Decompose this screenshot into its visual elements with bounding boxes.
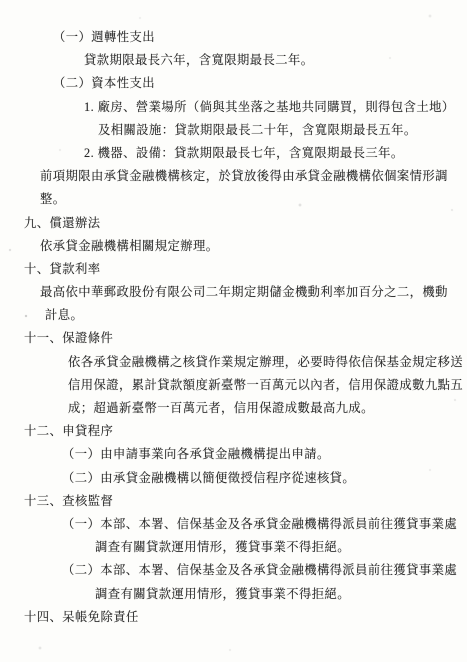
document-line: （二）本部、本署、信保基金及各承貸金融機構得派員前往獲貸事業處 xyxy=(0,559,467,582)
document-line: 依各承貸金融機構之核貸作業規定辦理，必要時得依信保基金規定移送 xyxy=(0,351,467,374)
scanned-document-page: （一）週轉性支出 貸款期限最長六年，含寬限期最長二年。 （二）資本性支出 1. … xyxy=(0,0,467,662)
document-line-clause-11: 十一、保證條件 xyxy=(0,327,467,350)
document-line: （二）由承貸金融機構以簡便徵授信程序從速核貸。 xyxy=(0,467,467,490)
document-line-clause-9: 九、償還辦法 xyxy=(0,212,467,235)
document-line-clause-13: 十三、查核監督 xyxy=(0,490,467,513)
document-line: 整。 xyxy=(0,188,467,211)
document-line: 2. 機器、設備：貸款期限最長七年，含寬限期最長三年。 xyxy=(0,142,467,165)
document-line: 成；超過新臺幣一百萬元者，信用保證成數最高九成。 xyxy=(0,397,467,420)
document-line: （一）週轉性支出 xyxy=(0,26,467,49)
document-line-clause-14: 十四、呆帳免除責任 xyxy=(0,606,467,629)
document-line-clause-12: 十二、申貸程序 xyxy=(0,420,467,443)
document-line: 依承貸金融機構相關規定辦理。 xyxy=(0,235,467,258)
document-line: （二）資本性支出 xyxy=(0,72,467,95)
document-line-clause-10: 十、貸款利率 xyxy=(0,258,467,281)
document-line: （一）由申請事業向各承貸金融機構提出申請。 xyxy=(0,443,467,466)
document-line: 1. 廠房、營業場所（倘與其坐落之基地共同購買，則得包含土地） xyxy=(0,96,467,119)
document-line: 最高依中華郵政股份有限公司二年期定期儲金機動利率加百分之二，機動 xyxy=(0,281,467,304)
document-line: 調查有關貸款運用情形，獲貸事業不得拒絕。 xyxy=(0,583,467,606)
document-line: 及相關設施：貸款期限最長二十年，含寬限期最長五年。 xyxy=(0,119,467,142)
document-line: 信用保證，累計貸款額度新臺幣一百萬元以內者，信用保證成數九點五 xyxy=(0,374,467,397)
document-line: 前項期限由承貸金融機構核定，於貸放後得由承貸金融機構依個案情形調 xyxy=(0,165,467,188)
document-line: 調查有關貸款運用情形，獲貸事業不得拒絕。 xyxy=(0,536,467,559)
document-line: 貸款期限最長六年，含寬限期最長二年。 xyxy=(0,49,467,72)
document-line: 計息。 xyxy=(0,304,467,327)
document-line: （一）本部、本署、信保基金及各承貸金融機構得派員前往獲貸事業處 xyxy=(0,513,467,536)
